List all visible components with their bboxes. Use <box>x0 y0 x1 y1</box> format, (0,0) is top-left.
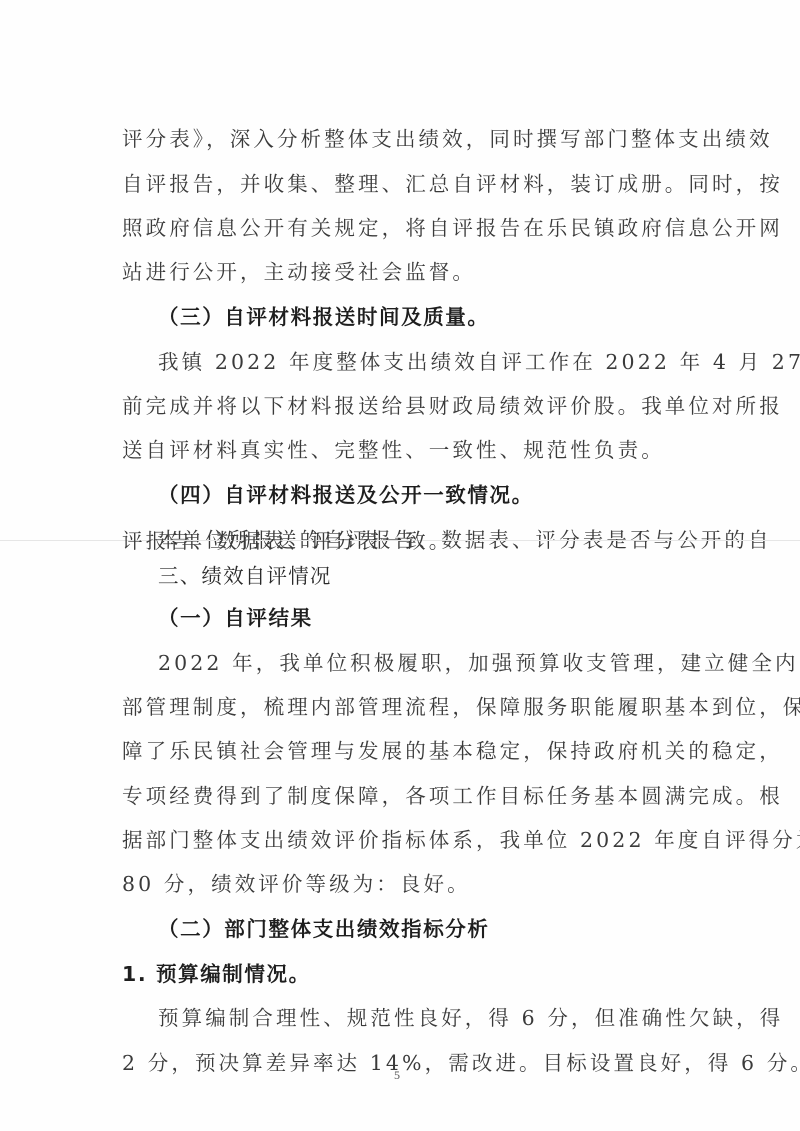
body-line: 预算编制合理性、规范性良好，得 6 分，但准确性欠缺，得 <box>158 1004 783 1032</box>
section-heading-3: （三）自评材料报送时间及质量。 <box>158 303 490 331</box>
subsection-heading-1: 1. 预算编制情况。 <box>122 960 311 988</box>
section-heading-2: （二）部门整体支出绩效指标分析 <box>158 915 490 943</box>
body-line: 据部门整体支出绩效评价指标体系，我单位 2022 年度自评得分为 <box>122 826 800 854</box>
body-line: 站进行公开，主动接受社会监督。 <box>122 258 476 286</box>
page-number: 5 <box>394 1068 400 1083</box>
body-line: 部管理制度，梳理内部管理流程，保障服务职能履职基本到位，保 <box>122 693 800 721</box>
body-line: 我镇 2022 年度整体支出绩效自评工作在 2022 年 4 月 27 日 <box>158 348 800 376</box>
section-heading-1: （一）自评结果 <box>158 604 313 632</box>
body-line: 自评报告，并收集、整理、汇总自评材料，装订成册。同时，按 <box>122 170 783 198</box>
section-heading-4: （四）自评材料报送及公开一致情况。 <box>158 481 534 509</box>
body-line: 前完成并将以下材料报送给县财政局绩效评价股。我单位对所报 <box>122 392 783 420</box>
document-page: 评分表》，深入分析整体支出绩效，同时撰写部门整体支出绩效 自评报告，并收集、整理… <box>0 0 800 1131</box>
chapter-heading-3: 三、绩效自评情况 <box>158 562 332 590</box>
body-line: 照政府信息公开有关规定，将自评报告在乐民镇政府信息公开网 <box>122 214 783 242</box>
body-line: 80 分，绩效评价等级为：良好。 <box>122 870 471 898</box>
body-line: 送自评材料真实性、完整性、一致性、规范性负责。 <box>122 436 665 464</box>
body-line: 评分表》，深入分析整体支出绩效，同时撰写部门整体支出绩效 <box>122 125 773 153</box>
body-line: 2 分，预决算差异率达 14%，需改进。目标设置良好，得 6 分。预 <box>122 1049 800 1077</box>
body-line: 评报告、数据表、评分表一致。 <box>122 527 452 555</box>
body-line: 专项经费得到了制度保障，各项工作目标任务基本圆满完成。根 <box>122 782 783 810</box>
body-line: 2022 年，我单位积极履职，加强预算收支管理，建立健全内 <box>158 649 799 677</box>
body-line: 障了乐民镇社会管理与发展的基本稳定，保持政府机关的稳定， <box>122 737 783 765</box>
